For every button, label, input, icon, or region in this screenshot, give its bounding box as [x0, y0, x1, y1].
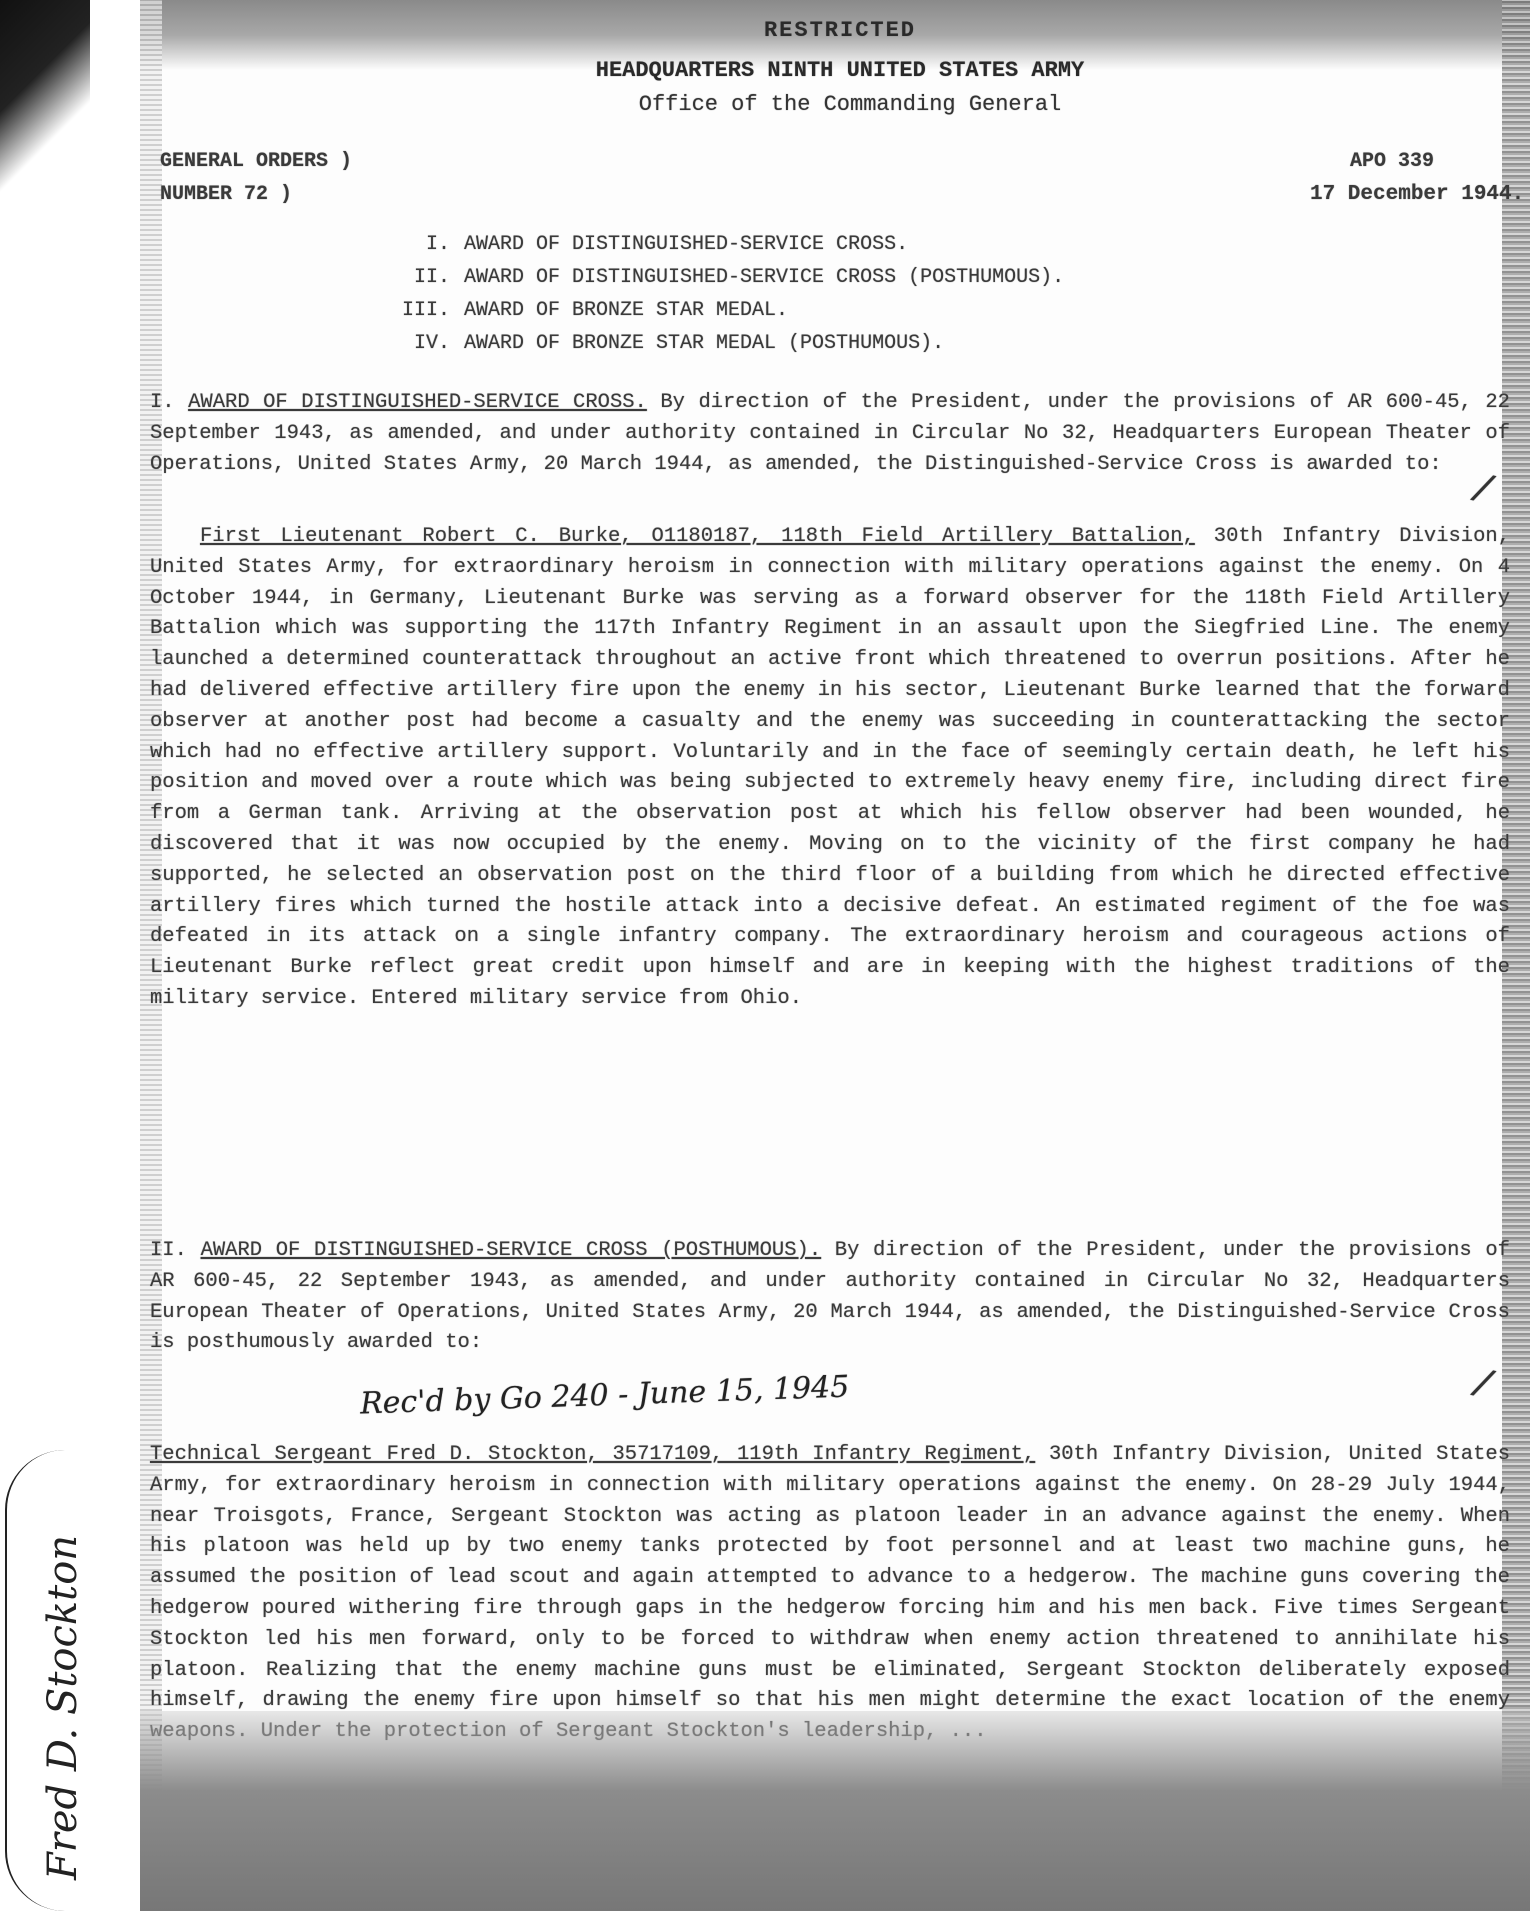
headquarters-title: HEADQUARTERS NINTH UNITED STATES ARMY — [570, 58, 1110, 83]
section-1-number: I. — [150, 391, 175, 414]
margin-handwritten-name: Fred D. Stockton — [40, 1535, 86, 1880]
section-2-citation: Technical Sergeant Fred D. Stockton, 357… — [150, 1440, 1510, 1748]
section-1-intro: I. AWARD OF DISTINGUISHED-SERVICE CROSS.… — [150, 388, 1510, 480]
handwritten-annotation: Rec'd by Go 240 - June 15, 1945 — [360, 1369, 850, 1421]
section-1-recipient: First Lieutenant Robert C. Burke, O11801… — [200, 525, 1195, 548]
classification-stamp: RESTRICTED — [570, 18, 1110, 43]
toc-item: I. AWARD OF DISTINGUISHED-SERVICE CROSS. — [390, 228, 1064, 261]
apo-number: APO 339 — [1350, 150, 1434, 173]
section-2-recipient: Technical Sergeant Fred D. Stockton, 357… — [150, 1443, 1035, 1466]
section-2-intro: II. AWARD OF DISTINGUISHED-SERVICE CROSS… — [150, 1236, 1510, 1359]
section-2-title: AWARD OF DISTINGUISHED-SERVICE CROSS (PO… — [201, 1239, 822, 1262]
section-2-number: II. — [150, 1239, 187, 1262]
general-orders-label: GENERAL ORDERS ) — [160, 150, 352, 173]
scan-corner-shadow — [0, 0, 90, 230]
office-title: Office of the Commanding General — [560, 92, 1140, 117]
toc-item: IV. AWARD OF BRONZE STAR MEDAL (POSTHUMO… — [390, 327, 1064, 360]
order-date: 17 December 1944. — [1310, 183, 1524, 206]
document-page: RESTRICTED HEADQUARTERS NINTH UNITED STA… — [140, 0, 1530, 1911]
toc-item: II. AWARD OF DISTINGUISHED-SERVICE CROSS… — [390, 261, 1064, 294]
section-1-citation: First Lieutenant Robert C. Burke, O11801… — [150, 522, 1510, 1015]
general-orders-number: NUMBER 72 ) — [160, 183, 292, 206]
check-mark-icon: / — [1465, 1363, 1500, 1413]
scan-artifact-bottom — [140, 1711, 1530, 1911]
section-1-title: AWARD OF DISTINGUISHED-SERVICE CROSS. — [188, 391, 647, 414]
toc-item: III. AWARD OF BRONZE STAR MEDAL. — [390, 294, 1064, 327]
table-of-contents: I. AWARD OF DISTINGUISHED-SERVICE CROSS.… — [390, 228, 1064, 360]
